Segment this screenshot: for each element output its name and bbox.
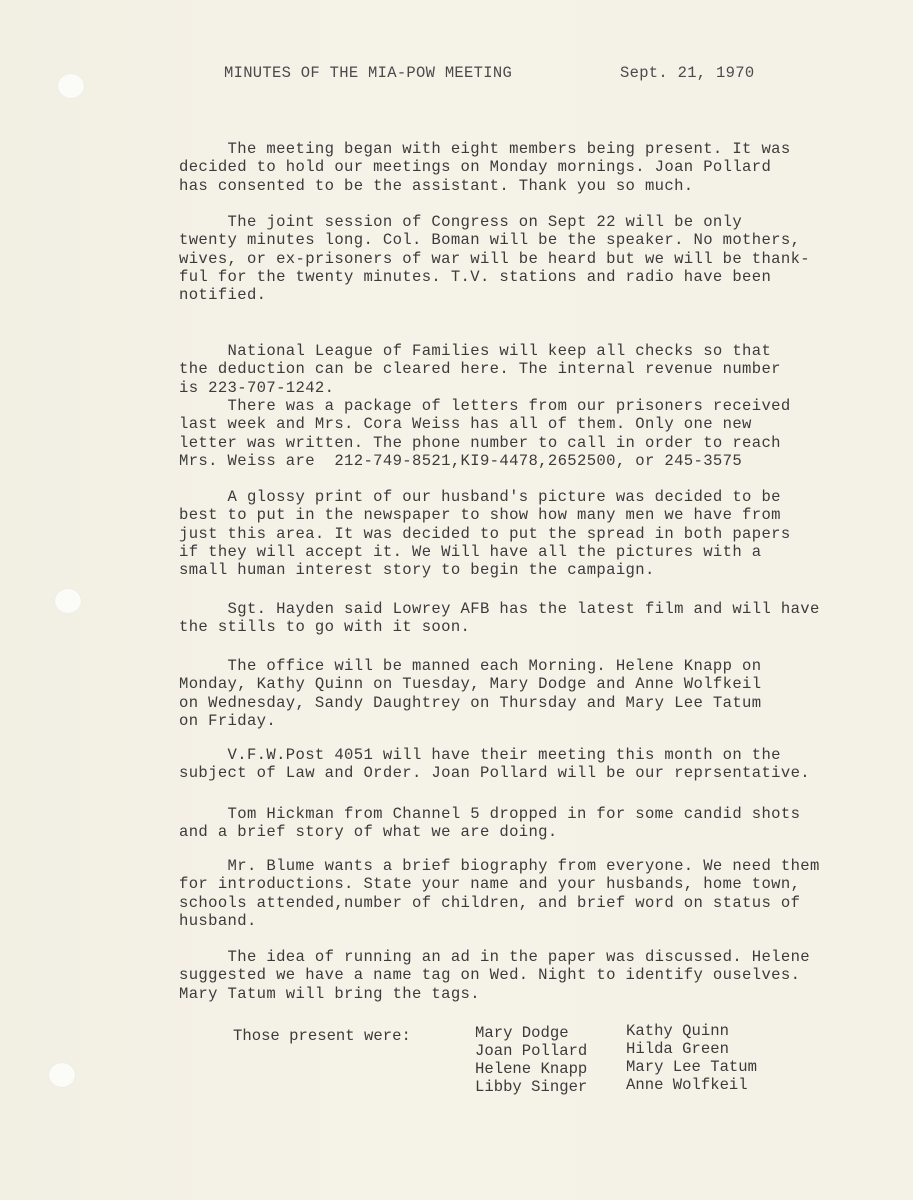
attendee-name: Mary Dodge — [475, 1024, 569, 1042]
attendee-name: Hilda Green — [626, 1040, 729, 1058]
paragraph-2-line: twenty minutes long. Col. Boman will be … — [179, 231, 800, 250]
attendee-name: Mary Lee Tatum — [626, 1058, 757, 1076]
paragraph-7-line: on Friday. — [179, 712, 276, 731]
punch-hole — [55, 589, 81, 613]
paragraph-10-line: schools attended,number of children, and… — [179, 894, 800, 913]
paragraph-2-line: The joint session of Congress on Sept 22… — [179, 213, 742, 232]
paragraph-1-line: The meeting began with eight members bei… — [179, 140, 791, 159]
paragraph-4-line: last week and Mrs. Cora Weiss has all of… — [179, 415, 752, 434]
paragraph-8-line: V.F.W.Post 4051 will have their meeting … — [179, 746, 781, 765]
attendee-name: Anne Wolfkeil — [626, 1076, 748, 1094]
paragraph-8-line: subject of Law and Order. Joan Pollard w… — [179, 764, 810, 783]
paragraph-4-line: letter was written. The phone number to … — [179, 434, 781, 453]
attendee-name: Helene Knapp — [475, 1060, 587, 1078]
paragraph-11-line: Mary Tatum will bring the tags. — [179, 985, 480, 1004]
paragraph-6-line: Sgt. Hayden said Lowrey AFB has the late… — [179, 600, 820, 619]
paragraph-5-line: small human interest story to begin the … — [179, 561, 655, 580]
paragraph-2-line: notified. — [179, 286, 266, 305]
document-date: Sept. 21, 1970 — [620, 64, 754, 82]
paragraph-1-line: decided to hold our meetings on Monday m… — [179, 158, 771, 177]
attendee-name: Joan Pollard — [475, 1042, 587, 1060]
document-title: MINUTES OF THE MIA-POW MEETING — [224, 64, 512, 82]
attendance-label: Those present were: — [233, 1027, 411, 1045]
paragraph-6-line: the stills to go with it soon. — [179, 618, 470, 637]
paragraph-5-line: A glossy print of our husband's picture … — [179, 488, 781, 507]
paragraph-3-line: the deduction can be cleared here. The i… — [179, 360, 781, 379]
attendee-name: Libby Singer — [475, 1078, 587, 1096]
paragraph-7-line: on Wednesday, Sandy Daughtrey on Thursda… — [179, 694, 761, 713]
paragraph-7-line: Monday, Kathy Quinn on Tuesday, Mary Dod… — [179, 675, 761, 694]
paragraph-2-line: wives, or ex-prisoners of war will be he… — [179, 250, 810, 269]
punch-hole — [49, 1063, 75, 1087]
paragraph-9-line: and a brief story of what we are doing. — [179, 823, 558, 842]
paragraph-10-line: for introductions. State your name and y… — [179, 875, 800, 894]
paragraph-5-line: if they will accept it. We Will have all… — [179, 543, 761, 562]
paragraph-4-line: There was a package of letters from our … — [179, 397, 791, 416]
punch-hole — [58, 74, 84, 98]
paragraph-11-line: suggested we have a name tag on Wed. Nig… — [179, 966, 800, 985]
attendee-name: Kathy Quinn — [626, 1022, 729, 1040]
paragraph-2-line: ful for the twenty minutes. T.V. station… — [179, 268, 771, 287]
paragraph-9-line: Tom Hickman from Channel 5 dropped in fo… — [179, 805, 800, 824]
paragraph-10-line: Mr. Blume wants a brief biography from e… — [179, 857, 820, 876]
paragraph-7-line: The office will be manned each Morning. … — [179, 657, 761, 676]
paragraph-5-line: best to put in the newspaper to show how… — [179, 506, 781, 525]
paragraph-1-line: has consented to be the assistant. Thank… — [179, 177, 694, 196]
paragraph-3-line: is 223-707-1242. — [179, 379, 334, 398]
paragraph-4-line: Mrs. Weiss are 212-749-8521,KI9-4478,265… — [179, 452, 742, 471]
paragraph-10-line: husband. — [179, 912, 257, 931]
paragraph-11-line: The idea of running an ad in the paper w… — [179, 948, 810, 967]
paragraph-3-line: National League of Families will keep al… — [179, 342, 771, 361]
paragraph-5-line: just this area. It was decided to put th… — [179, 525, 791, 544]
